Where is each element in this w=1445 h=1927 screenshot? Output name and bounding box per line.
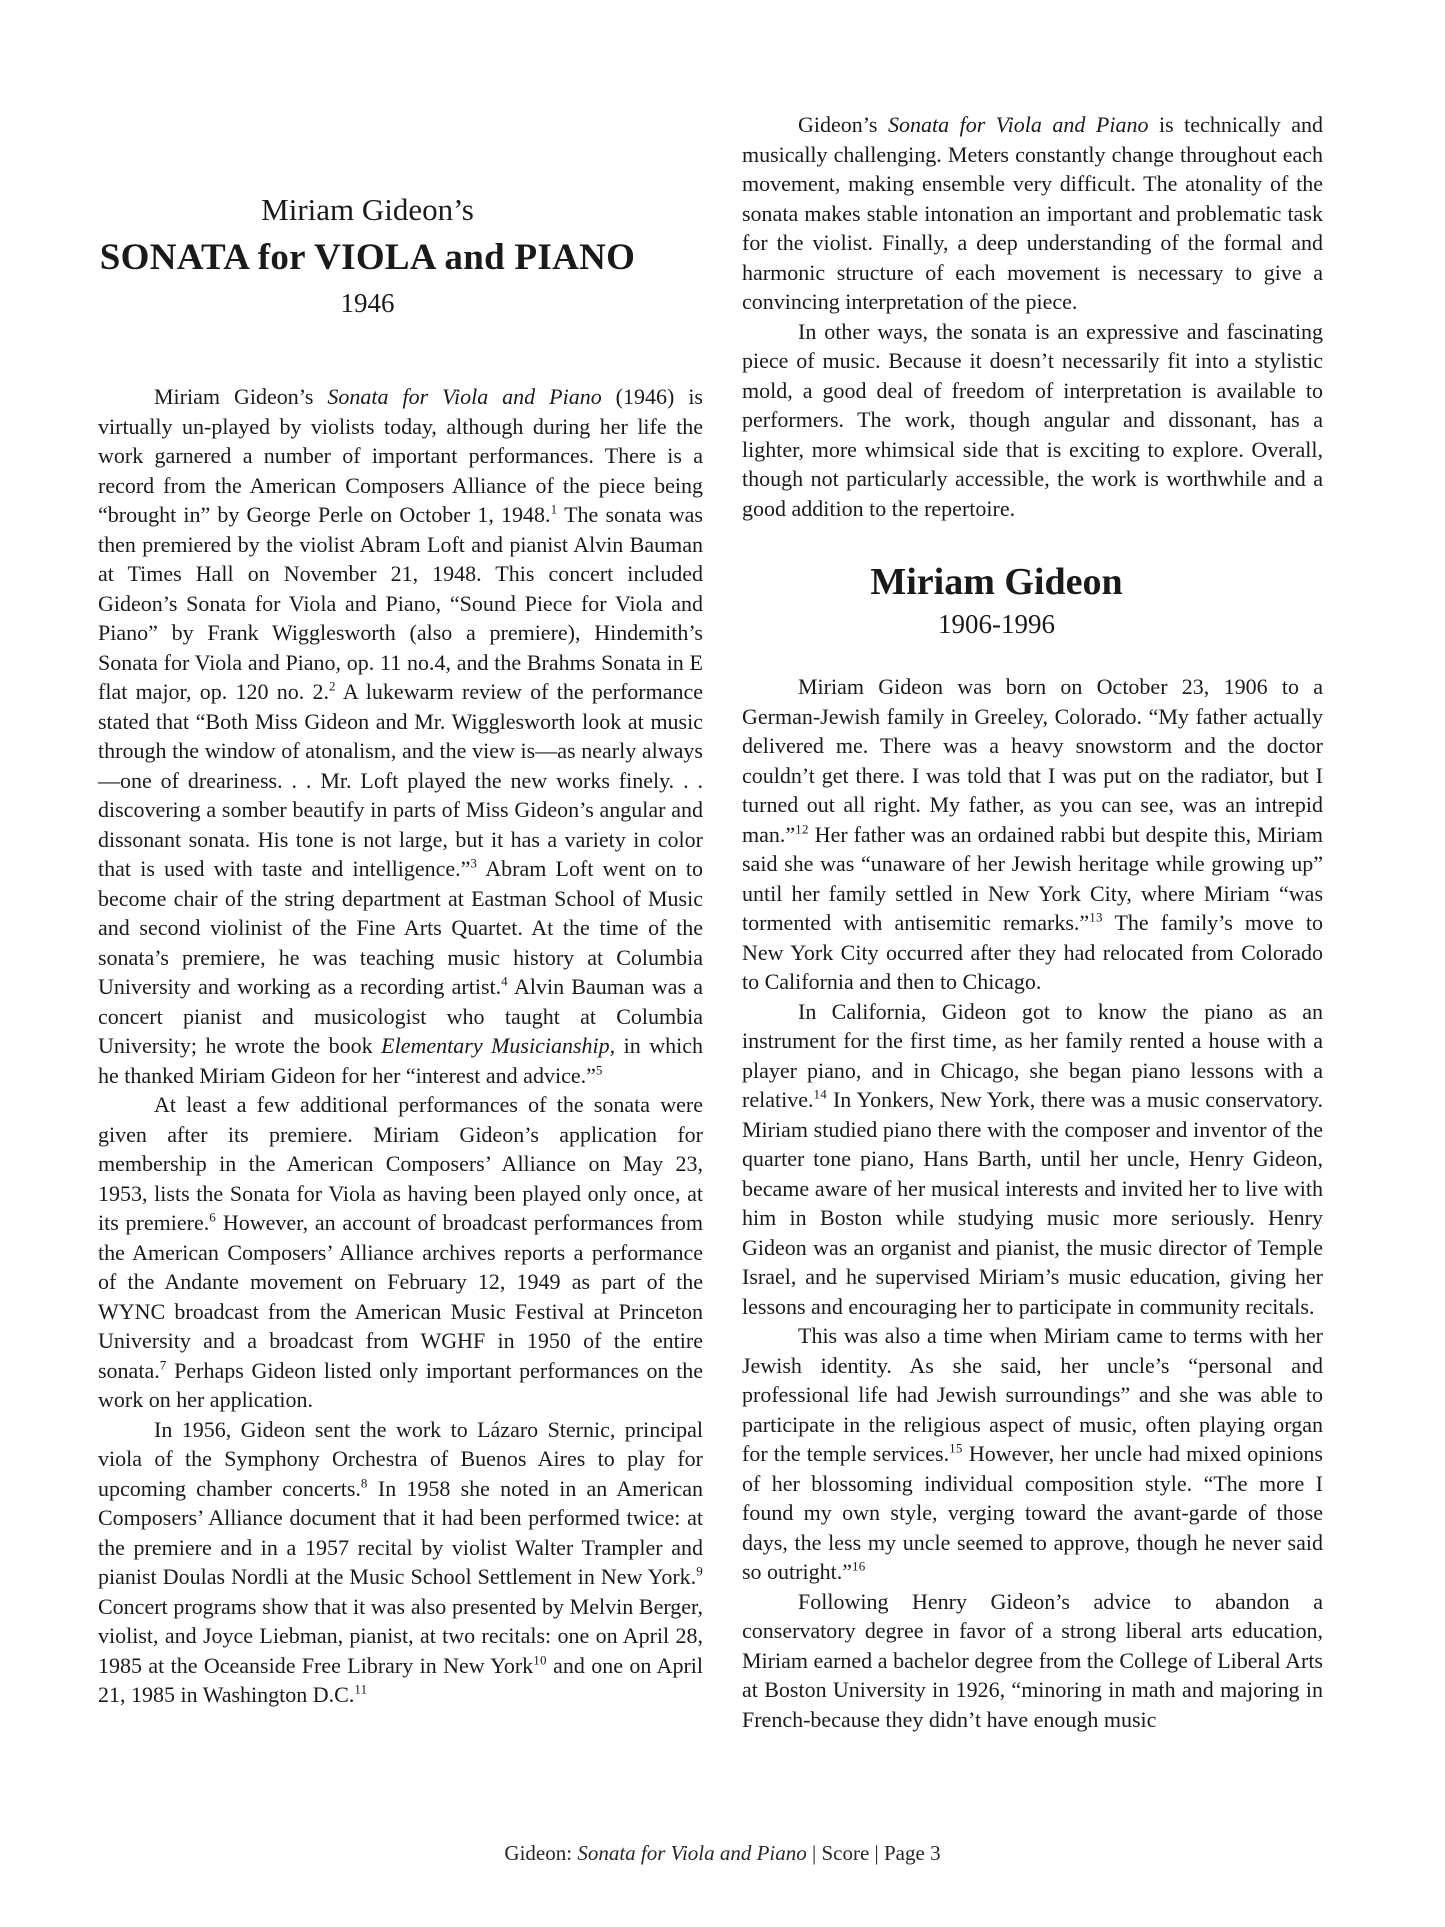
paragraph-1956-performances: In 1956, Gideon sent the work to Lázaro … [98,1415,703,1710]
document-page: Miriam Gideon’s SONATA for VIOLA and PIA… [0,0,1445,1927]
paragraph-later-performances: At least a few additional performances o… [98,1090,703,1415]
bio-heading-name: Miriam Gideon [742,559,1251,605]
left-column-body: Miriam Gideon’s Sonata for Viola and Pia… [98,382,703,1710]
bio-heading-dates: 1906-1996 [742,608,1251,640]
bio-heading-block: Miriam Gideon 1906-1996 [742,559,1251,640]
paragraph-musical-assessment: In other ways, the sonata is an expressi… [742,317,1323,524]
article-title: SONATA for VIOLA and PIANO [98,235,637,281]
paragraph-birth-family: Miriam Gideon was born on October 23, 19… [742,672,1323,997]
article-title-year: 1946 [98,286,637,320]
paragraph-premiere-history: Miriam Gideon’s Sonata for Viola and Pia… [98,382,703,1090]
page-footer: Gideon: Sonata for Viola and Piano | Sco… [0,1840,1445,1866]
paragraph-california-boston: In California, Gideon got to know the pi… [742,997,1323,1322]
paragraph-technical-assessment: Gideon’s Sonata for Viola and Piano is t… [742,110,1323,317]
article-title-block: Miriam Gideon’s SONATA for VIOLA and PIA… [98,190,637,320]
paragraph-jewish-identity: This was also a time when Miriam came to… [742,1321,1323,1587]
paragraph-education: Following Henry Gideon’s advice to aband… [742,1587,1323,1735]
right-column: Gideon’s Sonata for Viola and Piano is t… [742,110,1323,1734]
left-column: Miriam Gideon’s SONATA for VIOLA and PIA… [98,0,703,1710]
article-title-byline: Miriam Gideon’s [98,190,637,230]
